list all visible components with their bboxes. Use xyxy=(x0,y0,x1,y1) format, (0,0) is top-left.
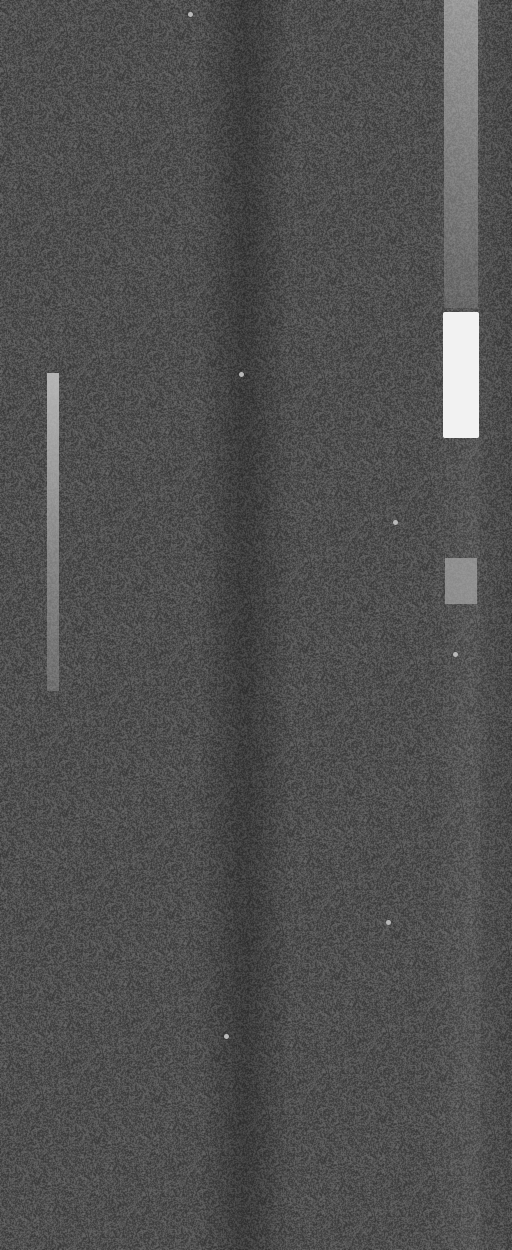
debris-speck xyxy=(239,372,244,377)
left-edge-stripe xyxy=(47,373,59,691)
right-lane-dash-top xyxy=(444,0,478,308)
debris-speck xyxy=(188,12,193,17)
right-shoulder-band xyxy=(480,0,512,1250)
debris-speck xyxy=(386,920,391,925)
debris-speck xyxy=(393,520,398,525)
road-surface-photo xyxy=(0,0,512,1250)
right-lane-dash-small xyxy=(445,558,477,604)
debris-speck xyxy=(224,1034,229,1039)
debris-speck xyxy=(453,652,458,657)
tire-wear-band xyxy=(200,0,290,1250)
right-lane-dash-bright xyxy=(443,312,479,438)
